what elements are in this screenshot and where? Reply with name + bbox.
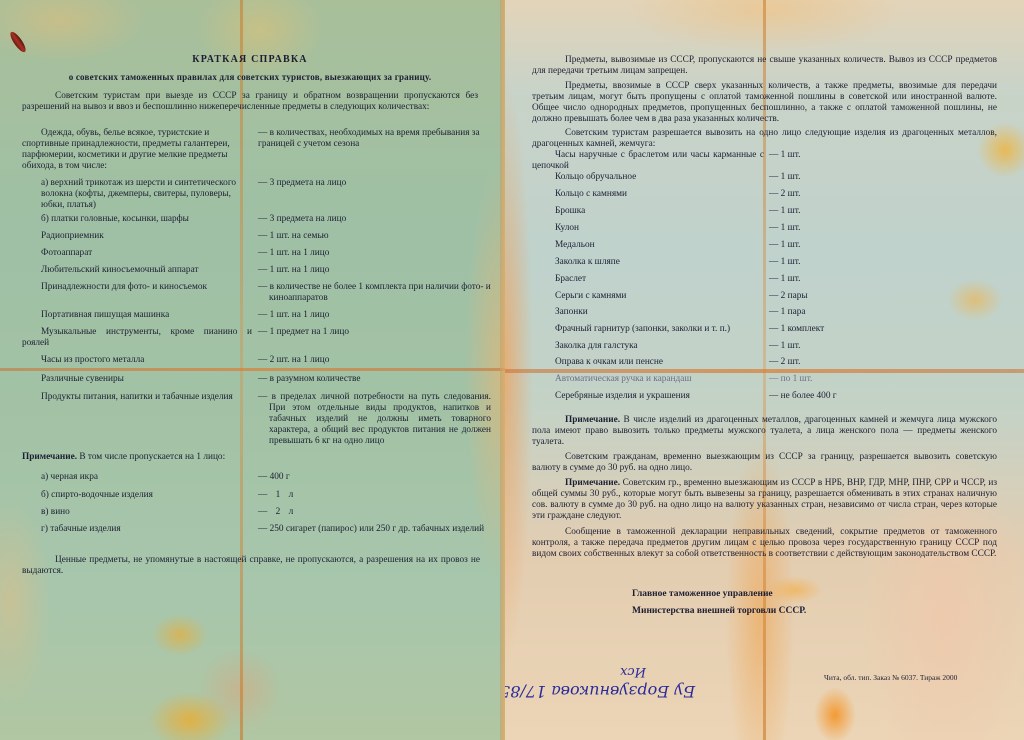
- item-name: Одежда, обувь, белье всякое, туристские …: [22, 128, 250, 172]
- item-name: Запонки: [555, 307, 764, 318]
- right-page: Предметы, вывозимые из СССР, пропускаютс…: [505, 0, 1024, 740]
- item-name: а) черная икра: [41, 472, 252, 483]
- note-text: В том числе пропускается на 1 лицо:: [79, 452, 225, 462]
- torn-corner-mark: [8, 30, 28, 54]
- item-value: 1 шт. на 1 лицо: [258, 310, 480, 321]
- note-header: Примечание. В том числе пропускается на …: [22, 452, 482, 463]
- item-name: Серьги с камнями: [555, 291, 764, 302]
- item-value: 1 шт.: [769, 240, 969, 251]
- item-value: 1 шт. на 1 лицо: [258, 248, 480, 259]
- item-name: Оправа к очкам или пенсне: [555, 357, 764, 368]
- item-name: Фрачный гарнитур (запонки, заколки и т. …: [555, 324, 764, 335]
- horizontal-fold-crease: [505, 369, 1024, 373]
- item-value: 250 сигарет (папирос) или 250 г др. таба…: [258, 524, 491, 535]
- item-value: 1 предмет на 1 лицо: [258, 327, 480, 338]
- item-value: 1 шт.: [769, 172, 969, 183]
- item-value: по 1 шт.: [769, 374, 969, 385]
- item-value: 2 шт.: [769, 189, 969, 200]
- item-name: Музыкальные инструменты, кроме пианино и…: [22, 327, 252, 349]
- item-name: б) платки головные, косынки, шарфы: [41, 214, 252, 225]
- printing-imprint: Чита, обл. тип. Заказ № 6037. Тираж 2000: [824, 673, 957, 682]
- item-name: Радиоприемник: [41, 231, 252, 242]
- item-value: 400 г: [258, 472, 480, 483]
- item-name: Брошка: [555, 206, 764, 217]
- note-label: Примечание.: [565, 415, 620, 425]
- left-page: КРАТКАЯ СПРАВКА о советских таможенных п…: [0, 0, 505, 740]
- item-name: Кольцо с камнями: [555, 189, 764, 200]
- item-name: Кольцо обручальное: [555, 172, 764, 183]
- item-value: 2 л: [258, 507, 480, 518]
- import-duty-paragraph: Предметы, ввозимые в СССР сверх указанны…: [532, 81, 997, 125]
- item-name: Заколка к шляпе: [555, 257, 764, 268]
- item-value: 1 комплект: [769, 324, 969, 335]
- item-value: в пределах личной потребности на путь сл…: [258, 392, 491, 447]
- item-value: 1 шт.: [769, 341, 969, 352]
- document-title: КРАТКАЯ СПРАВКА: [0, 54, 500, 65]
- item-value: 1 шт.: [769, 274, 969, 285]
- note-exchange-paragraph: Примечание. Советским гр., временно выез…: [532, 478, 997, 522]
- item-value: в количествах, необходимых на время преб…: [258, 128, 480, 150]
- item-value: 2 пары: [769, 291, 969, 302]
- item-name: Любительский киносъемочный аппарат: [41, 265, 252, 276]
- horizontal-fold-crease: [0, 368, 505, 371]
- item-name: Часы наручные с браслетом или часы карма…: [532, 150, 764, 172]
- document-subtitle: о советских таможенных правилах для сове…: [0, 72, 500, 82]
- note-label: Примечание.: [565, 478, 620, 488]
- item-value: 1 шт.: [769, 206, 969, 217]
- item-name: а) верхний трикотаж из шерсти и синтетич…: [41, 178, 252, 211]
- item-name: в) вино: [41, 507, 252, 518]
- currency-paragraph: Советским гражданам, временно выезжающим…: [532, 452, 997, 474]
- item-name: б) спирто-водочные изделия: [41, 490, 252, 501]
- item-name: Заколка для галстука: [555, 341, 764, 352]
- handwritten-note: Бу Борзувникова 17/85: [505, 682, 695, 701]
- closing-paragraph: Ценные предметы, не упомянутые в настоящ…: [22, 555, 480, 577]
- liability-paragraph: Сообщение в таможенной декларации неправ…: [532, 527, 997, 560]
- item-value: не более 400 г: [769, 391, 969, 402]
- item-value: 1 шт. на 1 лицо: [258, 265, 480, 276]
- item-value: 3 предмета на лицо: [258, 178, 480, 189]
- export-limit-paragraph: Предметы, вывозимые из СССР, пропускаютс…: [532, 55, 997, 77]
- note-gender-paragraph: Примечание. В числе изделий из драгоценн…: [532, 415, 997, 448]
- item-value: 1 шт.: [769, 257, 969, 268]
- item-value: 2 шт.: [769, 357, 969, 368]
- item-name: Продукты питания, напитки и табачные изд…: [22, 392, 252, 403]
- item-value: 3 предмета на лицо: [258, 214, 480, 225]
- item-name: Принадлежности для фото- и киносъемок: [41, 282, 252, 293]
- item-value: 1 пара: [769, 307, 969, 318]
- item-name: Серебряные изделия и украшения: [555, 391, 764, 402]
- item-name: Браслет: [555, 274, 764, 285]
- item-name: г) табачные изделия: [41, 524, 252, 535]
- item-value: 2 шт. на 1 лицо: [258, 355, 480, 366]
- item-name: Портативная пишущая машинка: [41, 310, 252, 321]
- signature-line-1: Главное таможенное управление: [632, 587, 773, 602]
- intro-paragraph: Советским туристам при выезде из СССР за…: [22, 91, 478, 113]
- item-name: Медальон: [555, 240, 764, 251]
- item-value: 1 шт.: [769, 223, 969, 234]
- item-name: Кулон: [555, 223, 764, 234]
- jewelry-intro-paragraph: Советским туристам разрешается вывозить …: [532, 128, 997, 150]
- item-value: в разумном количестве: [258, 374, 480, 385]
- handwritten-note-2: Исх: [620, 664, 646, 679]
- item-name: Различные сувениры: [41, 374, 252, 385]
- item-value: 1 шт. на семью: [258, 231, 480, 242]
- item-name: Автоматическая ручка и карандаш: [555, 374, 764, 385]
- signature-line-2: Министерства внешней торговли СССР.: [632, 604, 806, 619]
- item-name: Часы из простого металла: [41, 355, 252, 366]
- item-name: Фотоаппарат: [41, 248, 252, 259]
- item-value: 1 л: [258, 490, 480, 501]
- item-value: в количестве не более 1 комплекта при на…: [258, 282, 491, 304]
- item-value: 1 шт.: [769, 150, 969, 161]
- note-label: Примечание.: [22, 452, 77, 462]
